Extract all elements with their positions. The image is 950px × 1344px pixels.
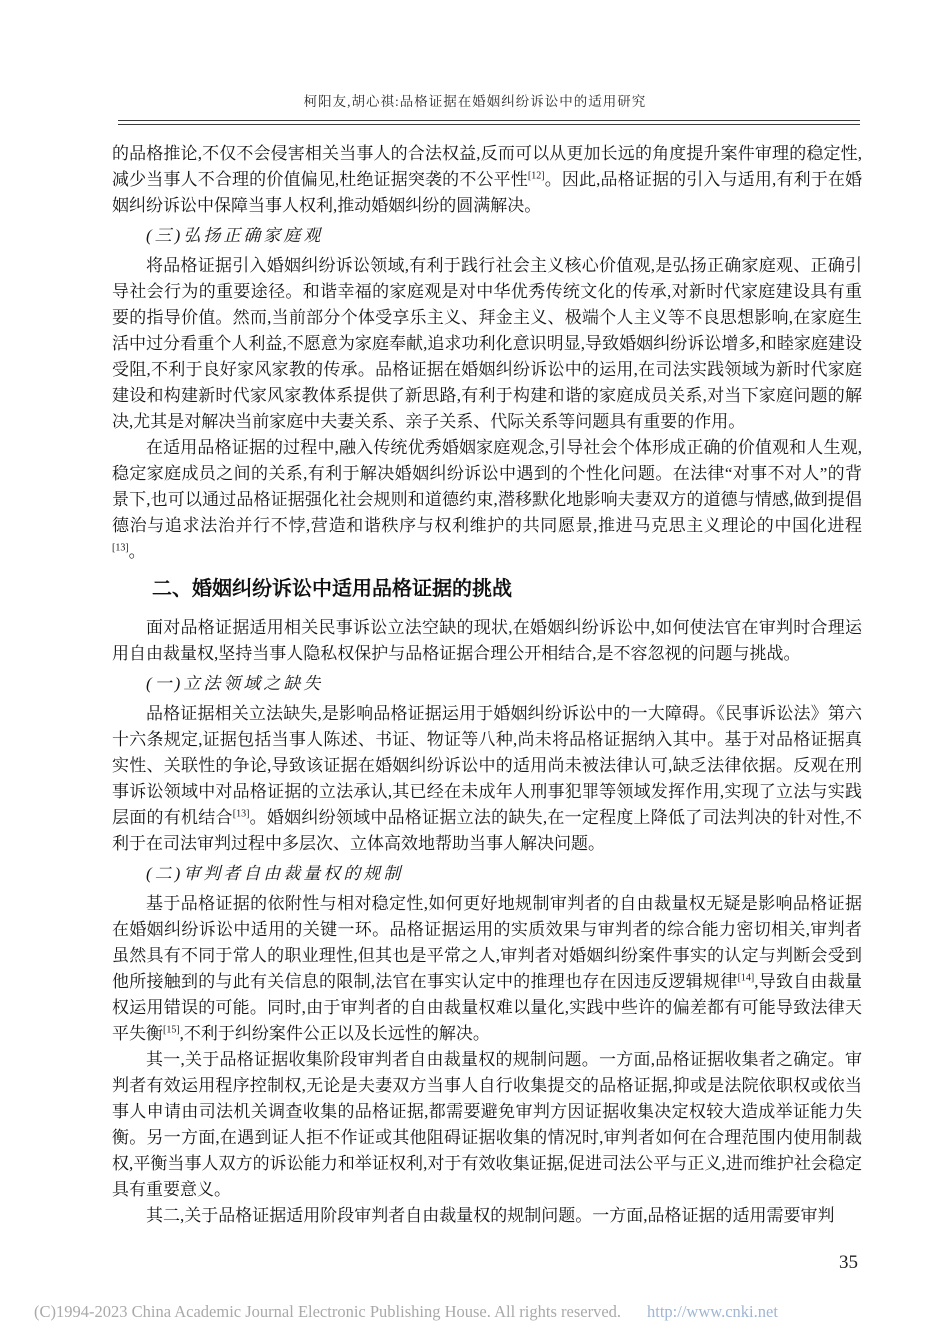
paragraph: 其一,关于品格证据收集阶段审判者自由裁量权的规制问题。一方面,品格证据收集者之确… (112, 1047, 862, 1203)
paragraph: 面对品格证据适用相关民事诉讼立法空缺的现状,在婚姻纠纷诉讼中,如何使法官在审判时… (112, 615, 862, 667)
paragraph: 基于品格证据的依附性与相对稳定性,如何更好地规制审判者的自由裁量权无疑是影响品格… (112, 891, 862, 1047)
footer-url-link[interactable]: http://www.cnki.net (647, 1302, 778, 1321)
footer-copyright: (C)1994-2023 China Academic Journal Elec… (34, 1302, 621, 1321)
paragraph: 其二,关于品格证据适用阶段审判者自由裁量权的规制问题。一方面,品格证据的适用需要… (112, 1203, 862, 1229)
header-divider-rule (118, 120, 860, 125)
footnote-ref: [13] (233, 808, 250, 819)
running-header: 柯阳友,胡心祺:品格证据在婚姻纠纷诉讼中的适用研究 (0, 90, 950, 110)
footnote-ref: [15] (163, 1024, 180, 1035)
document-page: { "page": { "running_header": "柯阳友,胡心祺:品… (0, 0, 950, 1344)
page-number: 35 (839, 1252, 858, 1274)
sub-heading-1: (一)立法领域之缺失 (112, 671, 862, 697)
paragraph-continuation: 的品格推论,不仅不会侵害相关当事人的合法权益,反而可以从更加长远的角度提升案件审… (112, 141, 862, 219)
paragraph: 品格证据相关立法缺失,是影响品格证据运用于婚姻纠纷诉讼中的一大障碍。《民事诉讼法… (112, 701, 862, 857)
sub-heading-2: (二)审判者自由裁量权的规制 (112, 861, 862, 887)
article-body: 的品格推论,不仅不会侵害相关当事人的合法权益,反而可以从更加长远的角度提升案件审… (112, 141, 862, 1229)
section-heading-2: 二、婚姻纠纷诉讼中适用品格证据的挑战 (112, 576, 862, 602)
paragraph: 将品格证据引入婚姻纠纷诉讼领域,有利于践行社会主义核心价值观,是弘扬正确家庭观、… (112, 253, 862, 435)
sub-heading-3: (三)弘扬正确家庭观 (112, 223, 862, 249)
footnote-ref: [12] (528, 170, 545, 181)
footnote-ref: [13] (112, 542, 129, 553)
footer: (C)1994-2023 China Academic Journal Elec… (34, 1302, 916, 1322)
paragraph: 在适用品格证据的过程中,融入传统优秀婚姻家庭观念,引导社会个体形成正确的价值观和… (112, 435, 862, 565)
footnote-ref: [14] (738, 972, 755, 983)
